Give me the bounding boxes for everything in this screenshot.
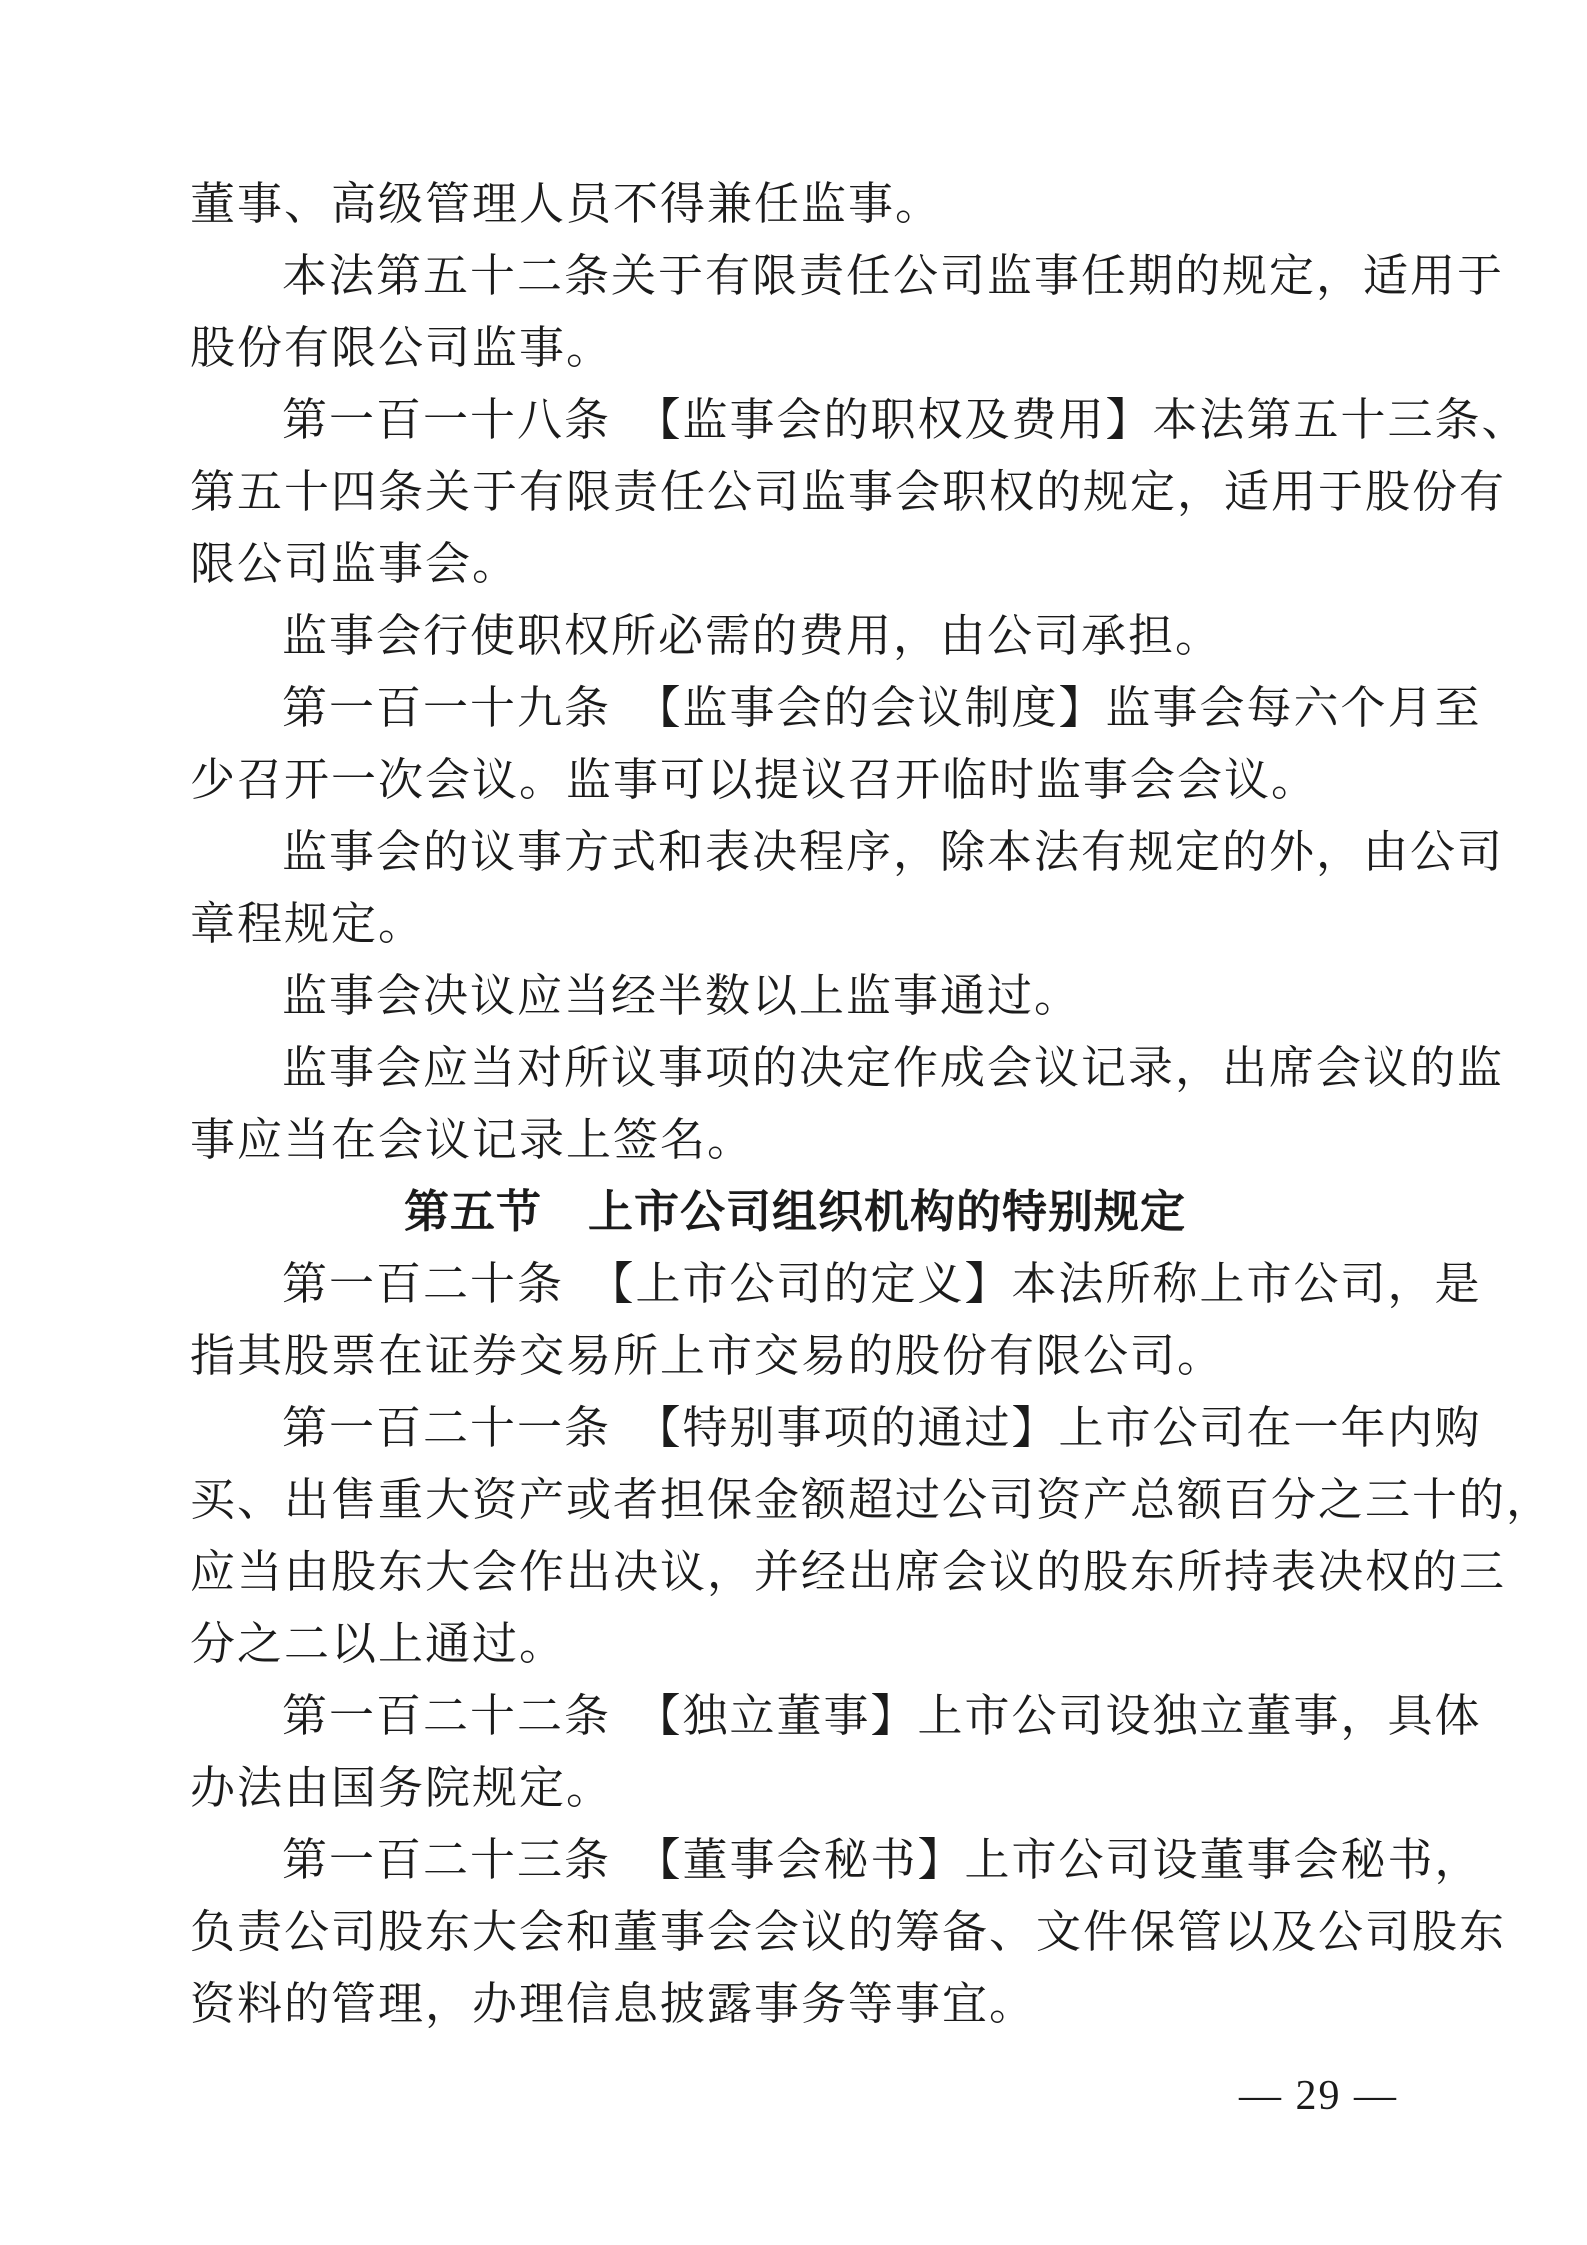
text-line: 少召开一次会议。监事可以提议召开临时监事会会议。 xyxy=(190,744,1400,816)
text-line: 第一百一十八条 【监事会的职权及费用】本法第五十三条、 xyxy=(190,384,1400,456)
text-line: 限公司监事会。 xyxy=(190,528,1400,600)
text-line: 负责公司股东大会和董事会会议的筹备、文件保管以及公司股东 xyxy=(190,1896,1400,1968)
text-line: 监事会应当对所议事项的决定作成会议记录，出席会议的监 xyxy=(190,1032,1400,1104)
text-line: 第一百二十三条 【董事会秘书】上市公司设董事会秘书， xyxy=(190,1824,1400,1896)
text-line: 第五十四条关于有限责任公司监事会职权的规定，适用于股份有 xyxy=(190,456,1400,528)
page-number: — 29 — xyxy=(1239,2072,1398,2120)
document-page: 董事、高级管理人员不得兼任监事。本法第五十二条关于有限责任公司监事任期的规定，适… xyxy=(0,0,1587,2245)
text-line: 本法第五十二条关于有限责任公司监事任期的规定，适用于 xyxy=(190,240,1400,312)
text-line: 应当由股东大会作出决议，并经出席会议的股东所持表决权的三 xyxy=(190,1536,1400,1608)
text-line: 买、出售重大资产或者担保金额超过公司资产总额百分之三十的， xyxy=(190,1464,1400,1536)
section-heading: 第五节 上市公司组织机构的特别规定 xyxy=(190,1176,1400,1248)
text-line: 监事会决议应当经半数以上监事通过。 xyxy=(190,960,1400,1032)
text-line: 监事会行使职权所必需的费用，由公司承担。 xyxy=(190,600,1400,672)
text-line: 股份有限公司监事。 xyxy=(190,312,1400,384)
text-line: 指其股票在证券交易所上市交易的股份有限公司。 xyxy=(190,1320,1400,1392)
text-line: 第一百二十二条 【独立董事】上市公司设独立董事，具体 xyxy=(190,1680,1400,1752)
text-line: 事应当在会议记录上签名。 xyxy=(190,1104,1400,1176)
text-line: 第一百二十条 【上市公司的定义】本法所称上市公司，是 xyxy=(190,1248,1400,1320)
text-line: 章程规定。 xyxy=(190,888,1400,960)
document-body: 董事、高级管理人员不得兼任监事。本法第五十二条关于有限责任公司监事任期的规定，适… xyxy=(190,168,1400,2040)
text-line: 分之二以上通过。 xyxy=(190,1608,1400,1680)
text-line: 第一百一十九条 【监事会的会议制度】监事会每六个月至 xyxy=(190,672,1400,744)
text-line: 办法由国务院规定。 xyxy=(190,1752,1400,1824)
text-line: 董事、高级管理人员不得兼任监事。 xyxy=(190,168,1400,240)
text-line: 第一百二十一条 【特别事项的通过】上市公司在一年内购 xyxy=(190,1392,1400,1464)
text-line: 资料的管理，办理信息披露事务等事宜。 xyxy=(190,1968,1400,2040)
text-line: 监事会的议事方式和表决程序，除本法有规定的外，由公司 xyxy=(190,816,1400,888)
